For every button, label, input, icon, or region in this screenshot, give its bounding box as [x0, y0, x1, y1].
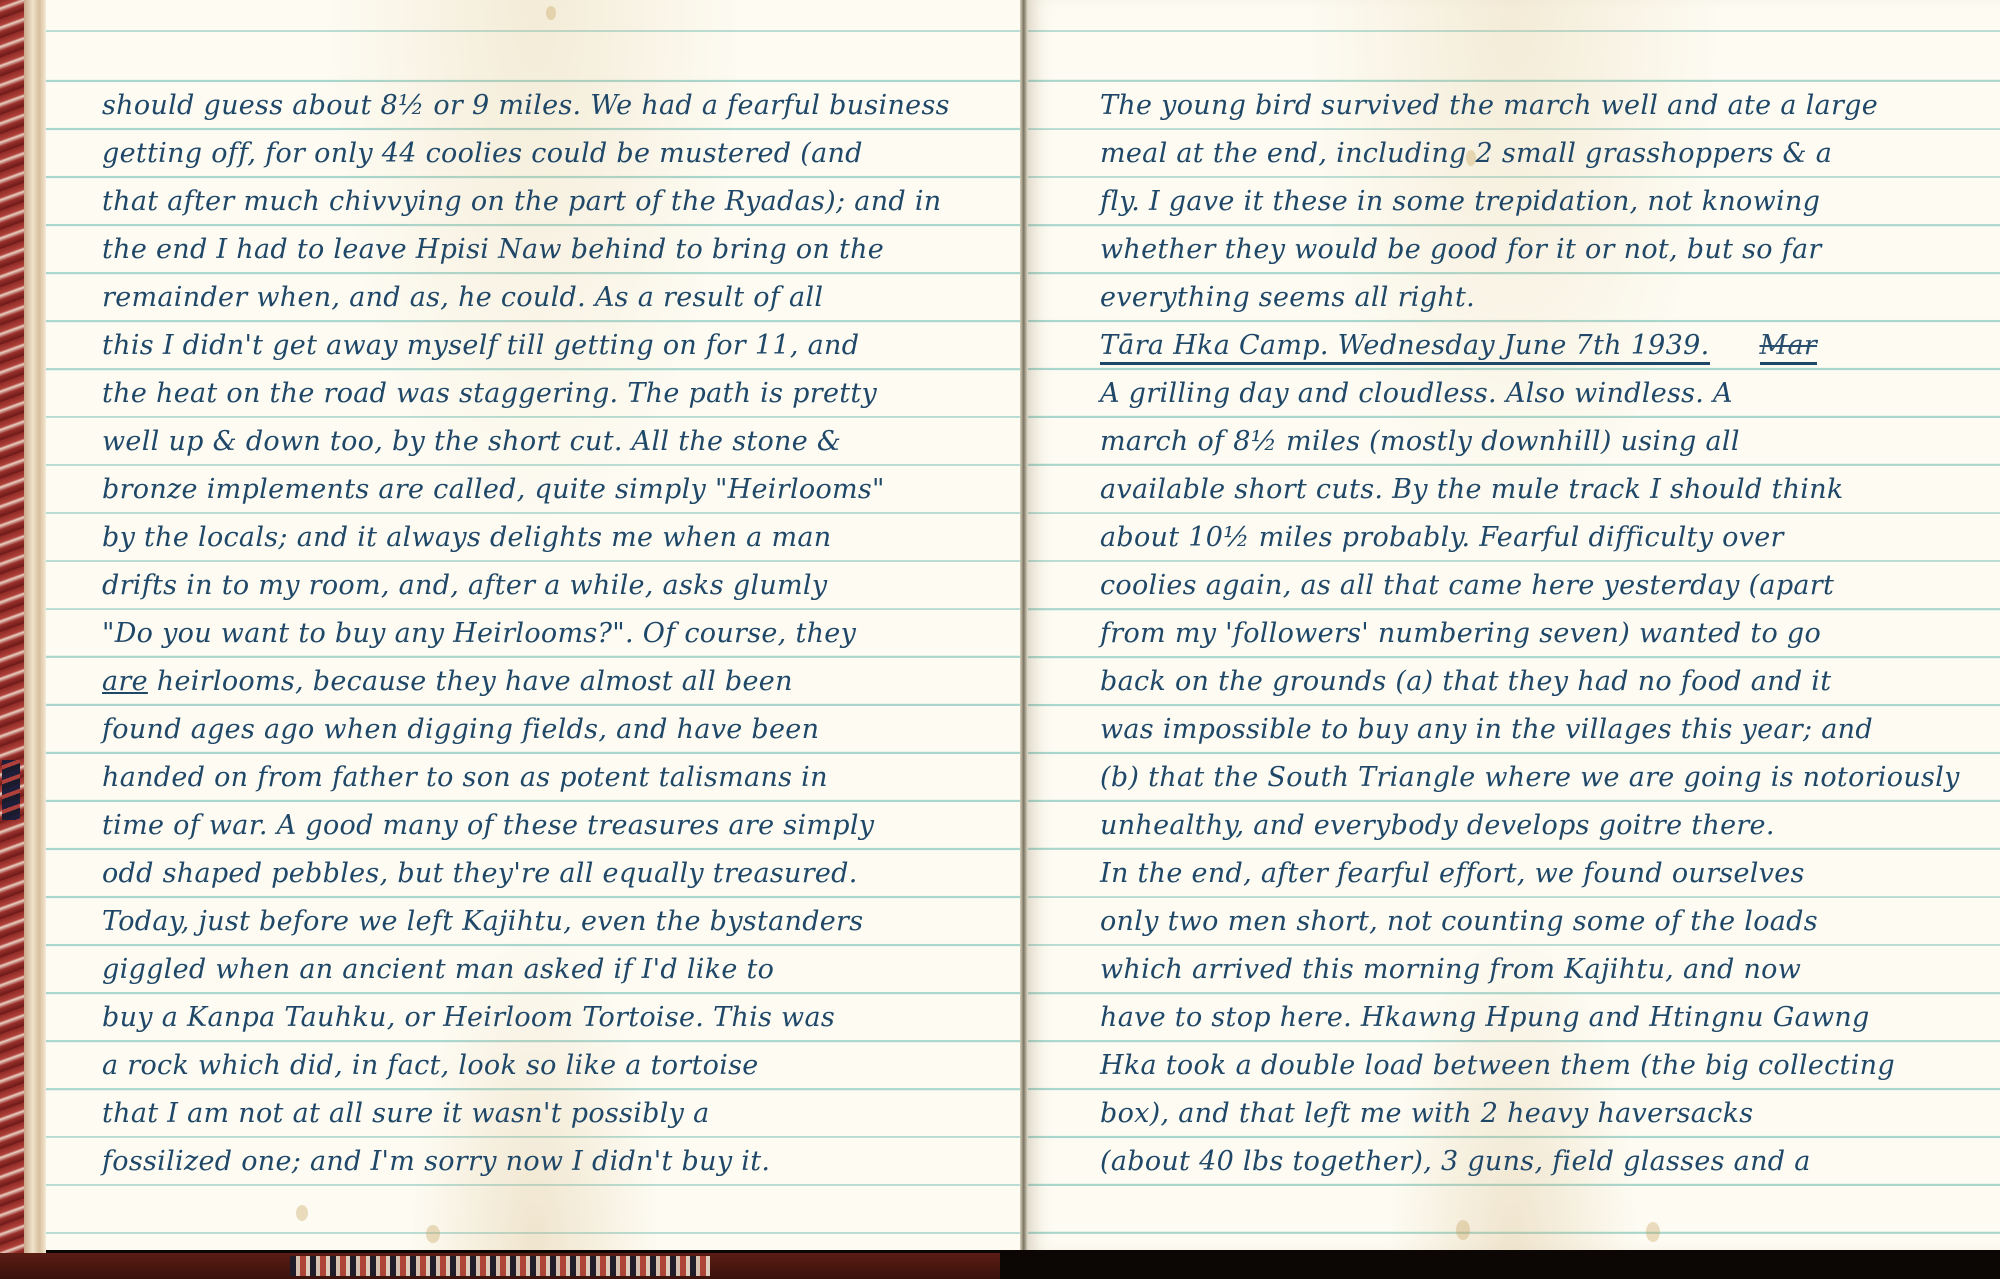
text-line: a rock which did, in fact, look so like … — [46, 1042, 1024, 1090]
underlined-word: are — [102, 666, 148, 697]
text-line: In the end, after fearful effort, we fou… — [1026, 850, 2000, 898]
text-line: the end I had to leave Hpisi Naw behind … — [46, 226, 1024, 274]
text-line: about 10½ miles probably. Fearful diffic… — [1026, 514, 2000, 562]
text-line: only two men short, not counting some of… — [1026, 898, 2000, 946]
text-line: time of war. A good many of these treasu… — [46, 802, 1024, 850]
text-line: this I didn't get away myself till getti… — [46, 322, 1024, 370]
text-line: available short cuts. By the mule track … — [1026, 466, 2000, 514]
text-line: unhealthy, and everybody develops goitre… — [1026, 802, 2000, 850]
foxing-stain — [1456, 1220, 1470, 1240]
text-line: march of 8½ miles (mostly downhill) usin… — [1026, 418, 2000, 466]
text-line: Today, just before we left Kajihtu, even… — [46, 898, 1024, 946]
ink-stain — [546, 6, 556, 20]
text-line: A grilling day and cloudless. Also windl… — [1026, 370, 2000, 418]
text-line: remainder when, and as, he could. As a r… — [46, 274, 1024, 322]
right-page-text: The young bird survived the march well a… — [1026, 82, 2000, 1186]
text-line: handed on from father to son as potent t… — [46, 754, 1024, 802]
text-line: fossilized one; and I'm sorry now I didn… — [46, 1138, 1024, 1186]
text-line: everything seems all right. — [1026, 274, 2000, 322]
right-page: The young bird survived the march well a… — [1026, 0, 2000, 1250]
text-line: from my 'followers' numbering seven) wan… — [1026, 610, 2000, 658]
text-line: odd shaped pebbles, but they're all equa… — [46, 850, 1024, 898]
text-line: the heat on the road was staggering. The… — [46, 370, 1024, 418]
text-line: which arrived this morning from Kajihtu,… — [1026, 946, 2000, 994]
text-line: fly. I gave it these in some trepidation… — [1026, 178, 2000, 226]
entry-heading-text: Tāra Hka Camp. Wednesday June 7th 1939. — [1100, 330, 1710, 365]
text-line: (b) that the South Triangle where we are… — [1026, 754, 2000, 802]
text-line: meal at the end, including 2 small grass… — [1026, 130, 2000, 178]
text-line: (about 40 lbs together), 3 guns, field g… — [1026, 1138, 2000, 1186]
entry-heading: Tāra Hka Camp. Wednesday June 7th 1939.M… — [1026, 322, 2000, 370]
marble-dark-band — [2, 760, 20, 820]
left-page-text: should guess about 8½ or 9 miles. We had… — [46, 82, 1024, 1186]
text-line: coolies again, as all that came here yes… — [1026, 562, 2000, 610]
text-line: that after much chivvying on the part of… — [46, 178, 1024, 226]
text-line: buy a Kanpa Tauhku, or Heirloom Tortoise… — [46, 994, 1024, 1042]
text-line: The young bird survived the march well a… — [1026, 82, 2000, 130]
text-line: drifts in to my room, and, after a while… — [46, 562, 1024, 610]
text-line: getting off, for only 44 coolies could b… — [46, 130, 1024, 178]
text-line: by the locals; and it always delights me… — [46, 514, 1024, 562]
text-line: Hka took a double load between them (the… — [1026, 1042, 2000, 1090]
struck-out-text: Mar — [1760, 330, 1818, 365]
text-line-underlined: are heirlooms, because they have almost … — [46, 658, 1024, 706]
notebook-spread: should guess about 8½ or 9 miles. We had… — [0, 0, 2000, 1279]
text-line: should guess about 8½ or 9 miles. We had… — [46, 82, 1024, 130]
page-block-edge — [24, 0, 46, 1253]
foxing-stain — [296, 1205, 308, 1221]
text-line: giggled when an ancient man asked if I'd… — [46, 946, 1024, 994]
text-line: found ages ago when digging fields, and … — [46, 706, 1024, 754]
text-line: whether they would be good for it or not… — [1026, 226, 2000, 274]
bottom-marbled-edge — [290, 1256, 710, 1276]
text-line: box), and that left me with 2 heavy have… — [1026, 1090, 2000, 1138]
text-line: "Do you want to buy any Heirlooms?". Of … — [46, 610, 1024, 658]
left-page: should guess about 8½ or 9 miles. We had… — [46, 0, 1026, 1250]
text-line: have to stop here. Hkawng Hpung and Htin… — [1026, 994, 2000, 1042]
text-line: was impossible to buy any in the village… — [1026, 706, 2000, 754]
text-line: bronze implements are called, quite simp… — [46, 466, 1024, 514]
text-line: that I am not at all sure it wasn't poss… — [46, 1090, 1024, 1138]
foxing-stain — [426, 1225, 440, 1243]
foxing-stain — [1646, 1222, 1660, 1242]
marbled-cover-edge — [0, 0, 24, 1279]
text-line: well up & down too, by the short cut. Al… — [46, 418, 1024, 466]
notebook-spine — [1020, 0, 1028, 1250]
text-line: back on the grounds (a) that they had no… — [1026, 658, 2000, 706]
